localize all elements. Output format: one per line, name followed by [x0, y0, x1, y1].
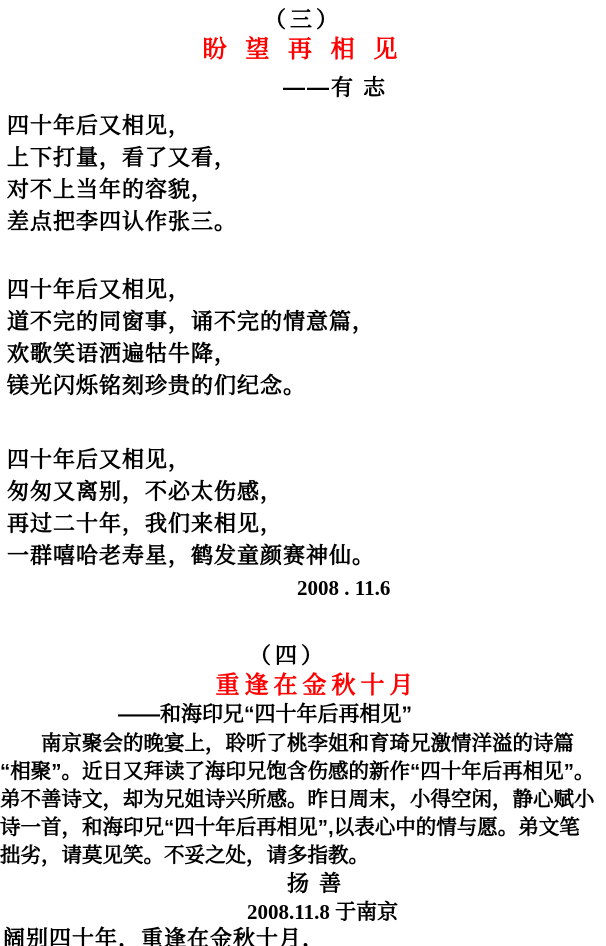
section-four-subtitle: ——和海印兄“四十年后再相见”: [118, 702, 606, 728]
poem-line: 上下打量，看了又看，: [7, 142, 606, 174]
section-three-date: 2008 . 11.6: [297, 574, 606, 602]
paragraph-line: 南京聚会的晚宴上，聆听了桃李姐和育琦兄激情洋溢的诗篇: [0, 730, 606, 758]
section-three-title: 盼 望 再 相 见: [0, 34, 606, 66]
stanza-2: 四十年后又相见， 道不完的同窗事，诵不完的情意篇， 欢歌笑语洒遍牯牛降， 镁光闪…: [7, 274, 606, 402]
closing-poem-line: 阔别四十年，重逢在金秋十月，: [3, 928, 606, 946]
paragraph-line: 弟不善诗文，却为兄姐诗兴所感。昨日周末，小得空闲，静心赋小: [0, 786, 606, 814]
poem-line: 差点把李四认作张三。: [7, 206, 606, 238]
section-three-author: ——有 志: [283, 74, 606, 102]
author-signature: 扬 善: [287, 870, 606, 898]
poem-line: 四十年后又相见，: [7, 110, 606, 142]
poem-line: 镁光闪烁铭刻珍贵的们纪念。: [7, 370, 606, 402]
section-four-date-place: 2008.11.8 于南京: [247, 898, 606, 926]
stanza-3: 四十年后又相见， 匆匆又离别，不必太伤感， 再过二十年，我们来相见， 一群嘻哈老…: [7, 444, 606, 572]
poem-line: 一群嘻哈老寿星，鹤发童颜赛神仙。: [7, 540, 606, 572]
preface-paragraph: 南京聚会的晚宴上，聆听了桃李姐和育琦兄激情洋溢的诗篇 “相聚”。近日又拜读了海印…: [0, 730, 606, 870]
section-four-title: 重逢在金秋十月: [28, 670, 606, 702]
poem-page: （三） 盼 望 再 相 见 ——有 志 四十年后又相见， 上下打量，看了又看， …: [0, 0, 606, 946]
poem-line: 再过二十年，我们来相见，: [7, 508, 606, 540]
poem-line: 对不上当年的容貌，: [7, 174, 606, 206]
poem-line: 匆匆又离别，不必太伤感，: [7, 476, 606, 508]
paragraph-line: “相聚”。近日又拜读了海印兄饱含伤感的新作“四十年后再相见”。: [0, 758, 606, 786]
section-three-number: （三）: [0, 0, 606, 34]
paragraph-line: 拙劣，请莫见笑。不妥之处，请多指教。: [0, 842, 606, 870]
poem-line: 欢歌笑语洒遍牯牛降，: [7, 338, 606, 370]
poem-line: 四十年后又相见，: [7, 274, 606, 306]
stanza-1: 四十年后又相见， 上下打量，看了又看， 对不上当年的容貌， 差点把李四认作张三。: [7, 110, 606, 238]
section-four-number: （四）: [0, 642, 576, 670]
paragraph-line: 诗一首，和海印兄“四十年后再相见”,以表心中的情与愿。弟文笔: [0, 814, 606, 842]
poem-line: 道不完的同窗事，诵不完的情意篇，: [7, 306, 606, 338]
poem-line: 四十年后又相见，: [7, 444, 606, 476]
